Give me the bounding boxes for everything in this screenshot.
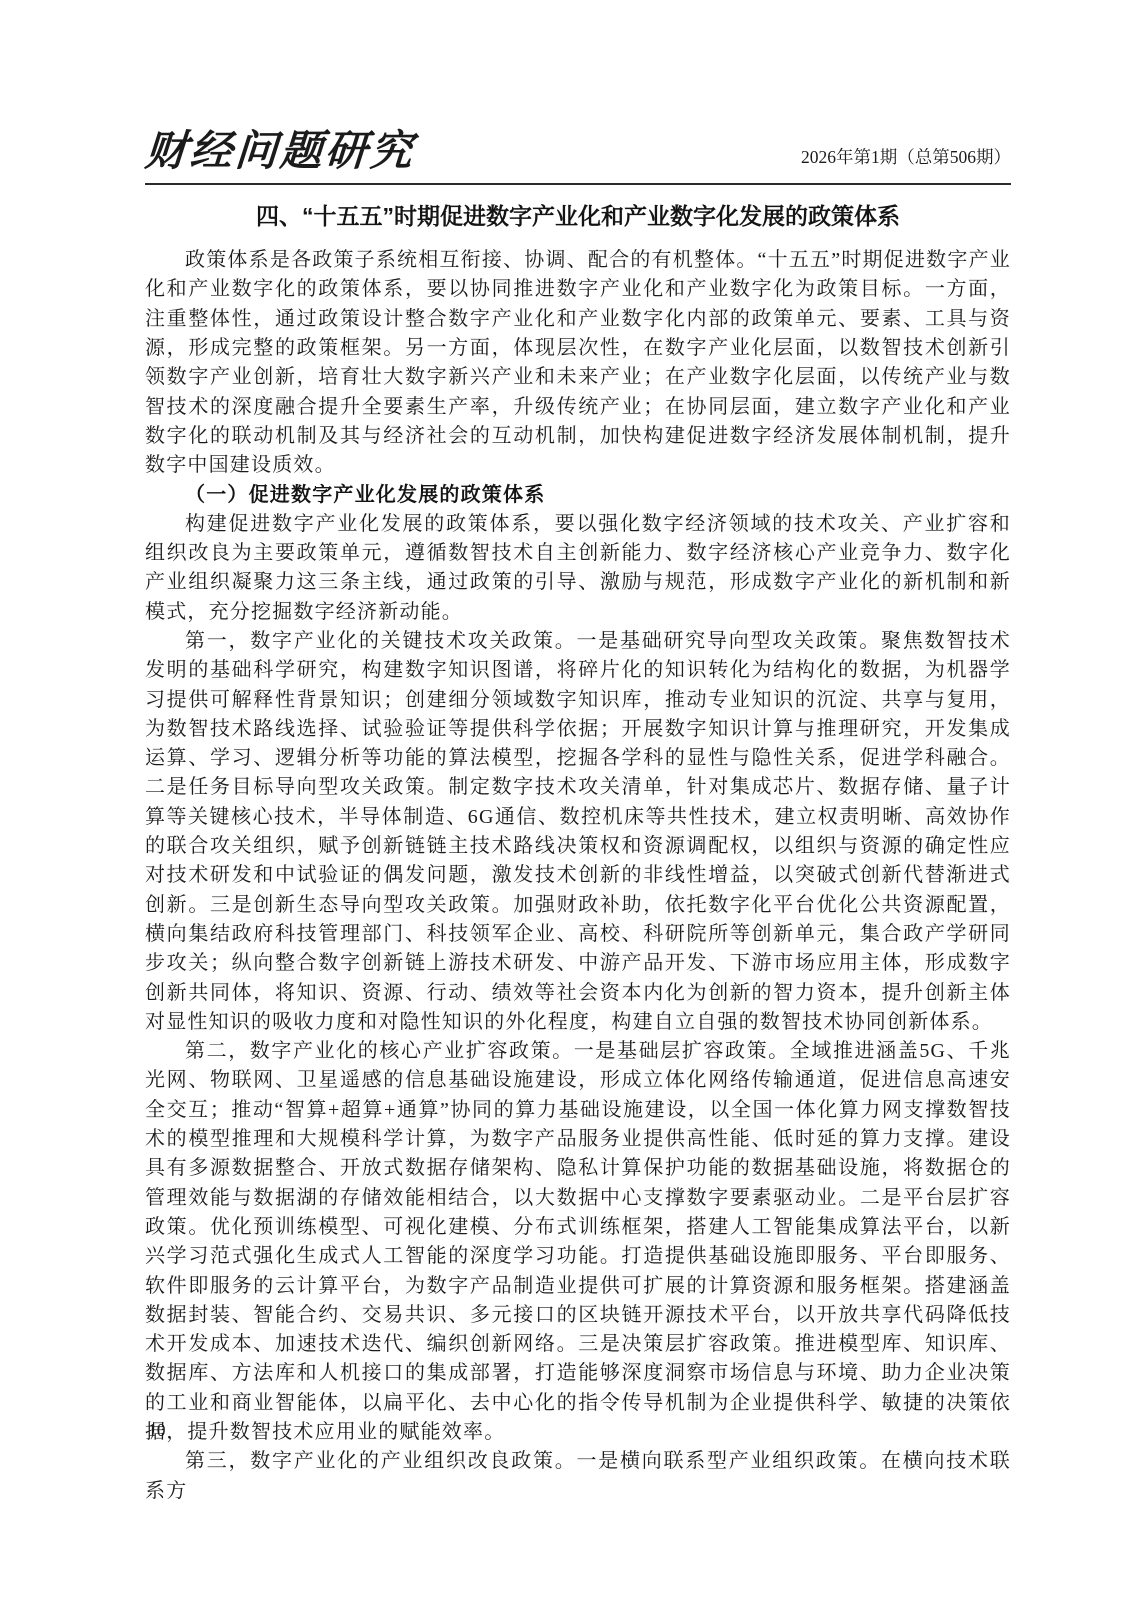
page-header: 财经问题研究 2026年第1期（总第506期） [145, 130, 1011, 185]
issue-info: 2026年第1期（总第506期） [801, 147, 1011, 174]
paragraph-third-policy: 第三，数字产业化的产业组织改良政策。一是横向联系型产业组织政策。在横向技术联系方 [145, 1447, 1011, 1506]
journal-logo: 财经问题研究 [143, 130, 416, 174]
paragraph-framework: 构建促进数字产业化发展的政策体系，要以强化数字经济领域的技术攻关、产业扩容和组织… [145, 510, 1011, 627]
paragraph-policy-overview: 政策体系是各政策子系统相互衔接、协调、配合的有机整体。“十五五”时期促进数字产业… [145, 246, 1011, 480]
journal-page: 财经问题研究 2026年第1期（总第506期） 四、“十五五”时期促进数字产业化… [145, 130, 1011, 1506]
paragraph-first-policy: 第一，数字产业化的关键技术攻关政策。一是基础研究导向型攻关政策。聚焦数智技术发明… [145, 627, 1011, 1037]
article-body: 政策体系是各政策子系统相互衔接、协调、配合的有机整体。“十五五”时期促进数字产业… [145, 246, 1011, 1506]
section-title: 四、“十五五”时期促进数字产业化和产业数字化发展的政策体系 [145, 201, 1011, 232]
subsection-heading: （一）促进数字产业化发展的政策体系 [145, 481, 1011, 510]
paragraph-second-policy: 第二，数字产业化的核心产业扩容政策。一是基础层扩容政策。全域推进涵盖5G、千兆光… [145, 1037, 1011, 1447]
page-number: 10 [148, 1420, 166, 1441]
